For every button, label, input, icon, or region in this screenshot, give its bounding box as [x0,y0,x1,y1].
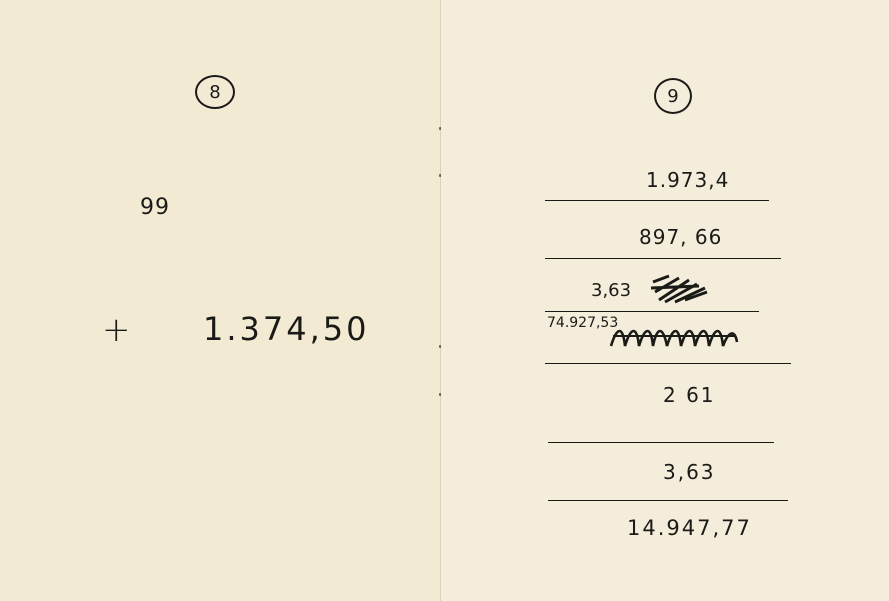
page-number-badge: 9 [654,78,692,114]
row-value: 3,63 [663,460,716,484]
entry-value: 1.374,50 [203,310,370,348]
right-page: 9 1.973,4 897, 66 3,63 74.927,53 2 61 3,… [441,0,889,601]
divider-line [545,363,791,364]
divider-line [548,442,774,443]
row-value: 1.973,4 [646,168,729,192]
divider-line [548,500,788,501]
page-number: 9 [667,86,678,107]
plus-operator: + [102,310,131,350]
row-value: 2 61 [663,383,716,407]
left-page: 8 99 + 1.374,50 [0,0,441,601]
row-value: 897, 66 [639,225,722,249]
page-number: 8 [209,82,220,103]
page-number-badge: 8 [195,75,235,109]
row-value: 74.927,53 [547,315,618,331]
divider-line [545,258,781,259]
scribbled-out-text [609,322,741,350]
notebook-spread: 8 99 + 1.374,50 9 1.973,4 897, 66 3,63 7… [0,0,889,601]
scribbled-out-text [649,272,709,306]
total-value: 14.947,77 [627,516,752,540]
row-value: 3,63 [591,280,631,301]
divider-line [545,311,759,312]
divider-line [545,200,769,201]
entry-value: 99 [140,195,170,220]
